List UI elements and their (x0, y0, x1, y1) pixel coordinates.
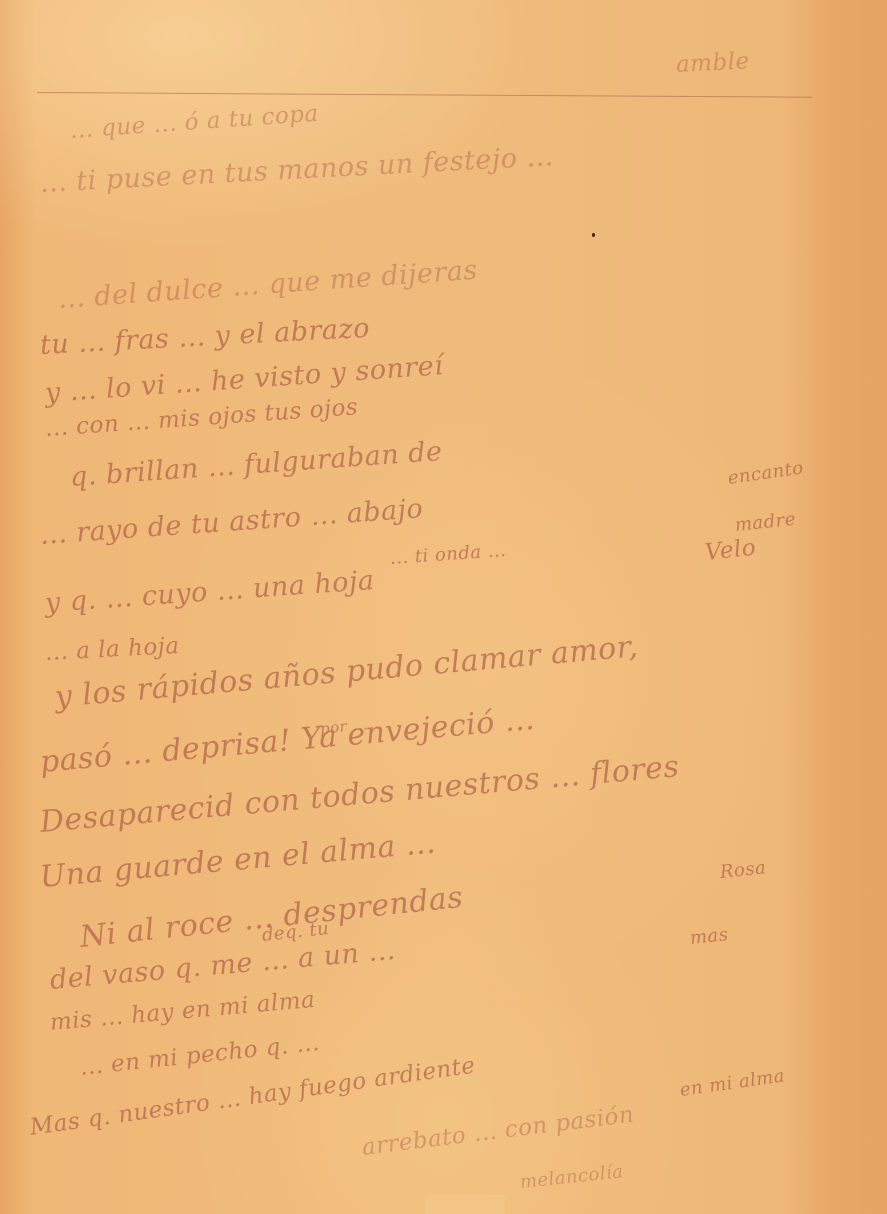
marginal-note: mas (689, 924, 730, 949)
handwritten-line: melancolía (519, 1161, 625, 1193)
handwritten-line: arrebato ... con pasión (360, 1102, 635, 1161)
handwritten-line: q. brillan ... fulguraban de (69, 436, 444, 493)
marginal-note: en mi alma (679, 1065, 787, 1101)
handwritten-line: ... ti puse en tus manos un festejo ... (39, 141, 554, 199)
handwritten-line: ... del dulce ... que me dijeras (57, 255, 479, 315)
marginal-note: encanto (727, 457, 805, 488)
handwritten-line: y q. ... cuyo ... una hoja (44, 565, 375, 619)
corner-note: amble (675, 48, 750, 78)
marginal-note: Velo (704, 535, 758, 566)
handwritten-line: ... que ... ó a tu copa (69, 101, 319, 144)
handwritten-line: ... rayo de tu astro ... abajo (39, 493, 424, 551)
ink-dot (592, 233, 595, 237)
paper-patch (425, 1195, 505, 1214)
handwritten-line: ... en mi pecho q. ... (79, 1030, 321, 1081)
handwritten-line: mis ... hay en mi alma (49, 987, 316, 1036)
paper-edge-shadow (797, 0, 887, 1214)
manuscript-page: amble ... que ... ó a tu copa ... ti pus… (0, 0, 887, 1214)
handwritten-line: ... ti onda ... (389, 540, 507, 569)
marginal-note: madre (734, 509, 797, 536)
handwritten-line: y ... lo vi ... he visto y sonreí (44, 350, 444, 409)
marginal-note: Rosa (719, 857, 767, 883)
handwritten-line: ... a la hoja (44, 633, 180, 666)
handwritten-line: Una guarde en el alma ... (38, 825, 437, 894)
ruled-line (37, 92, 812, 98)
handwritten-line: tu ... fras ... y el abrazo (39, 313, 370, 361)
